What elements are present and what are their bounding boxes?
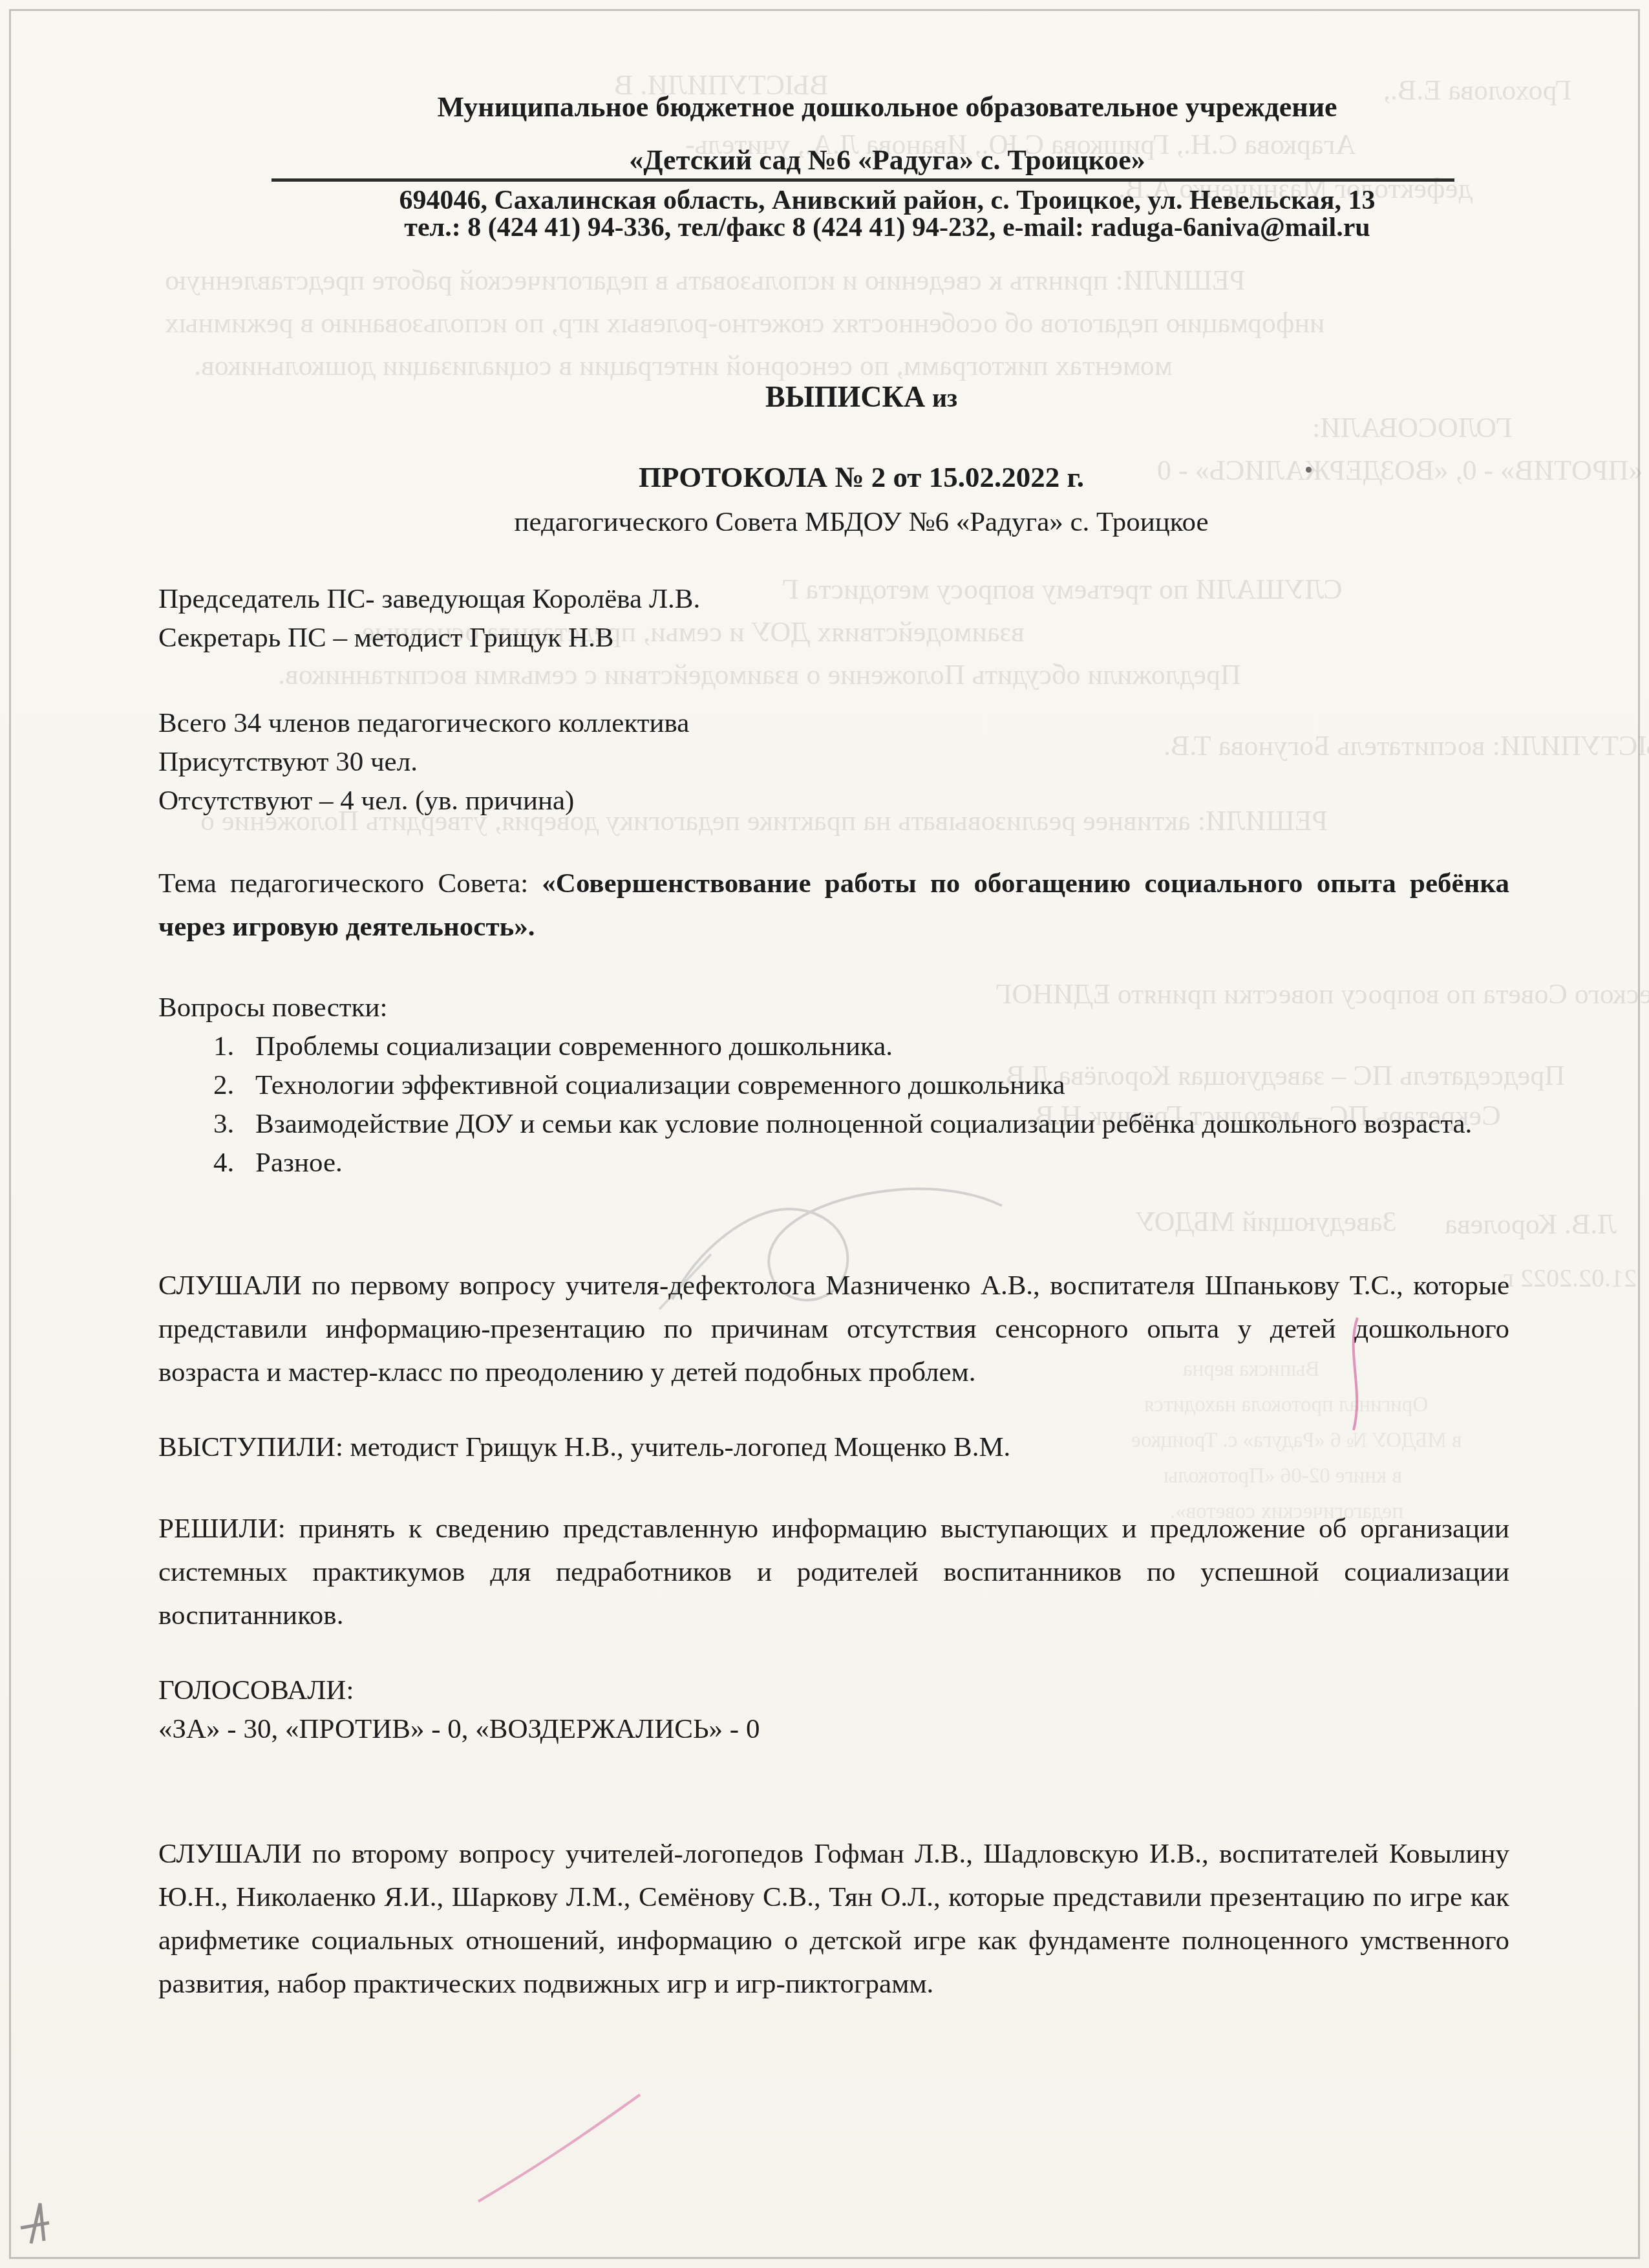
slushali-paragraph-1: СЛУШАЛИ по первому вопросу учителя-дефек… <box>158 1264 1509 1394</box>
agenda-item: 1. Проблемы социализации современного до… <box>158 1027 1509 1066</box>
agenda-item-text: Проблемы социализации современного дошко… <box>255 1027 1509 1066</box>
vystupili-line: ВЫСТУПИЛИ: методист Грищук Н.В., учитель… <box>158 1428 1509 1467</box>
org-address: 694046, Сахалинская область, Анивский ра… <box>158 186 1509 215</box>
document-content: Муниципальное бюджетное дошкольное образ… <box>158 0 1509 2006</box>
org-name-line2: «Детский сад №6 «Радуга» с. Троицкое» <box>158 144 1509 177</box>
agenda-item-number: 2. <box>213 1066 255 1105</box>
doc-title: ВЫПИСКА из <box>158 378 1509 418</box>
pink-pen-mark-bottom <box>452 2088 646 2211</box>
meta-present: Присутствуют 30 чел. <box>158 743 1509 782</box>
agenda-item-text: Взаимодействие ДОУ и семьи как условие п… <box>255 1105 1509 1144</box>
bleedthrough-text: 21.02.2022 г. <box>1500 1264 1637 1292</box>
agenda-item-text: Технологии эффективной социализации совр… <box>255 1066 1509 1105</box>
agenda-item: 4. Разное. <box>158 1144 1509 1182</box>
agenda-list: 1. Проблемы социализации современного до… <box>158 1027 1509 1182</box>
org-name-line1: Муниципальное бюджетное дошкольное образ… <box>158 91 1509 124</box>
slushali-paragraph-2: СЛУШАЛИ по второму вопросу учителей-лого… <box>158 1832 1509 2006</box>
protocol-subtitle: педагогического Совета МБДОУ №6 «Радуга»… <box>158 503 1509 542</box>
meta-total: Всего 34 членов педагогического коллекти… <box>158 704 1509 743</box>
theme-paragraph: Тема педагогического Совета: «Совершенст… <box>158 862 1509 948</box>
golosovali-heading: ГОЛОСОВАЛИ: <box>158 1671 1509 1710</box>
agenda-item: 2. Технологии эффективной социализации с… <box>158 1066 1509 1105</box>
agenda-item-number: 4. <box>213 1144 255 1182</box>
theme-label: Тема педагогического Совета: <box>158 868 542 899</box>
votes-line: «ЗА» - 30, «ПРОТИВ» - 0, «ВОЗДЕРЖАЛИСЬ» … <box>158 1710 1509 1749</box>
document-page: ВЫСТУПИЛИ. ВГрохолова Е.В.,Агаркова С.Н.… <box>0 0 1649 2268</box>
agenda-item-number: 3. <box>213 1105 255 1144</box>
agenda-item-number: 1. <box>213 1027 255 1066</box>
agenda-item: 3. Взаимодействие ДОУ и семьи как услови… <box>158 1105 1509 1144</box>
protocol-title: ПРОТОКОЛА № 2 от 15.02.2022 г. <box>158 458 1509 497</box>
agenda-heading: Вопросы повестки: <box>158 989 1509 1027</box>
org-contacts: тел.: 8 (424 41) 94-336, тел/факс 8 (424… <box>158 213 1509 242</box>
reshili-paragraph: РЕШИЛИ: принять к сведению представленну… <box>158 1507 1509 1637</box>
doc-title-suffix: из <box>932 383 957 412</box>
meta-absent: Отсутствуют – 4 чел. (ув. причина) <box>158 782 1509 820</box>
doc-title-main: ВЫПИСКА <box>765 380 925 413</box>
meta-secretary: Секретарь ПС – методист Грищук Н.В <box>158 619 1509 658</box>
letterhead-rule <box>271 178 1454 182</box>
corner-pen-mark <box>12 2198 57 2250</box>
agenda-item-text: Разное. <box>255 1144 1509 1182</box>
meta-chairman: Председатель ПС- заведующая Королёва Л.В… <box>158 580 1509 619</box>
